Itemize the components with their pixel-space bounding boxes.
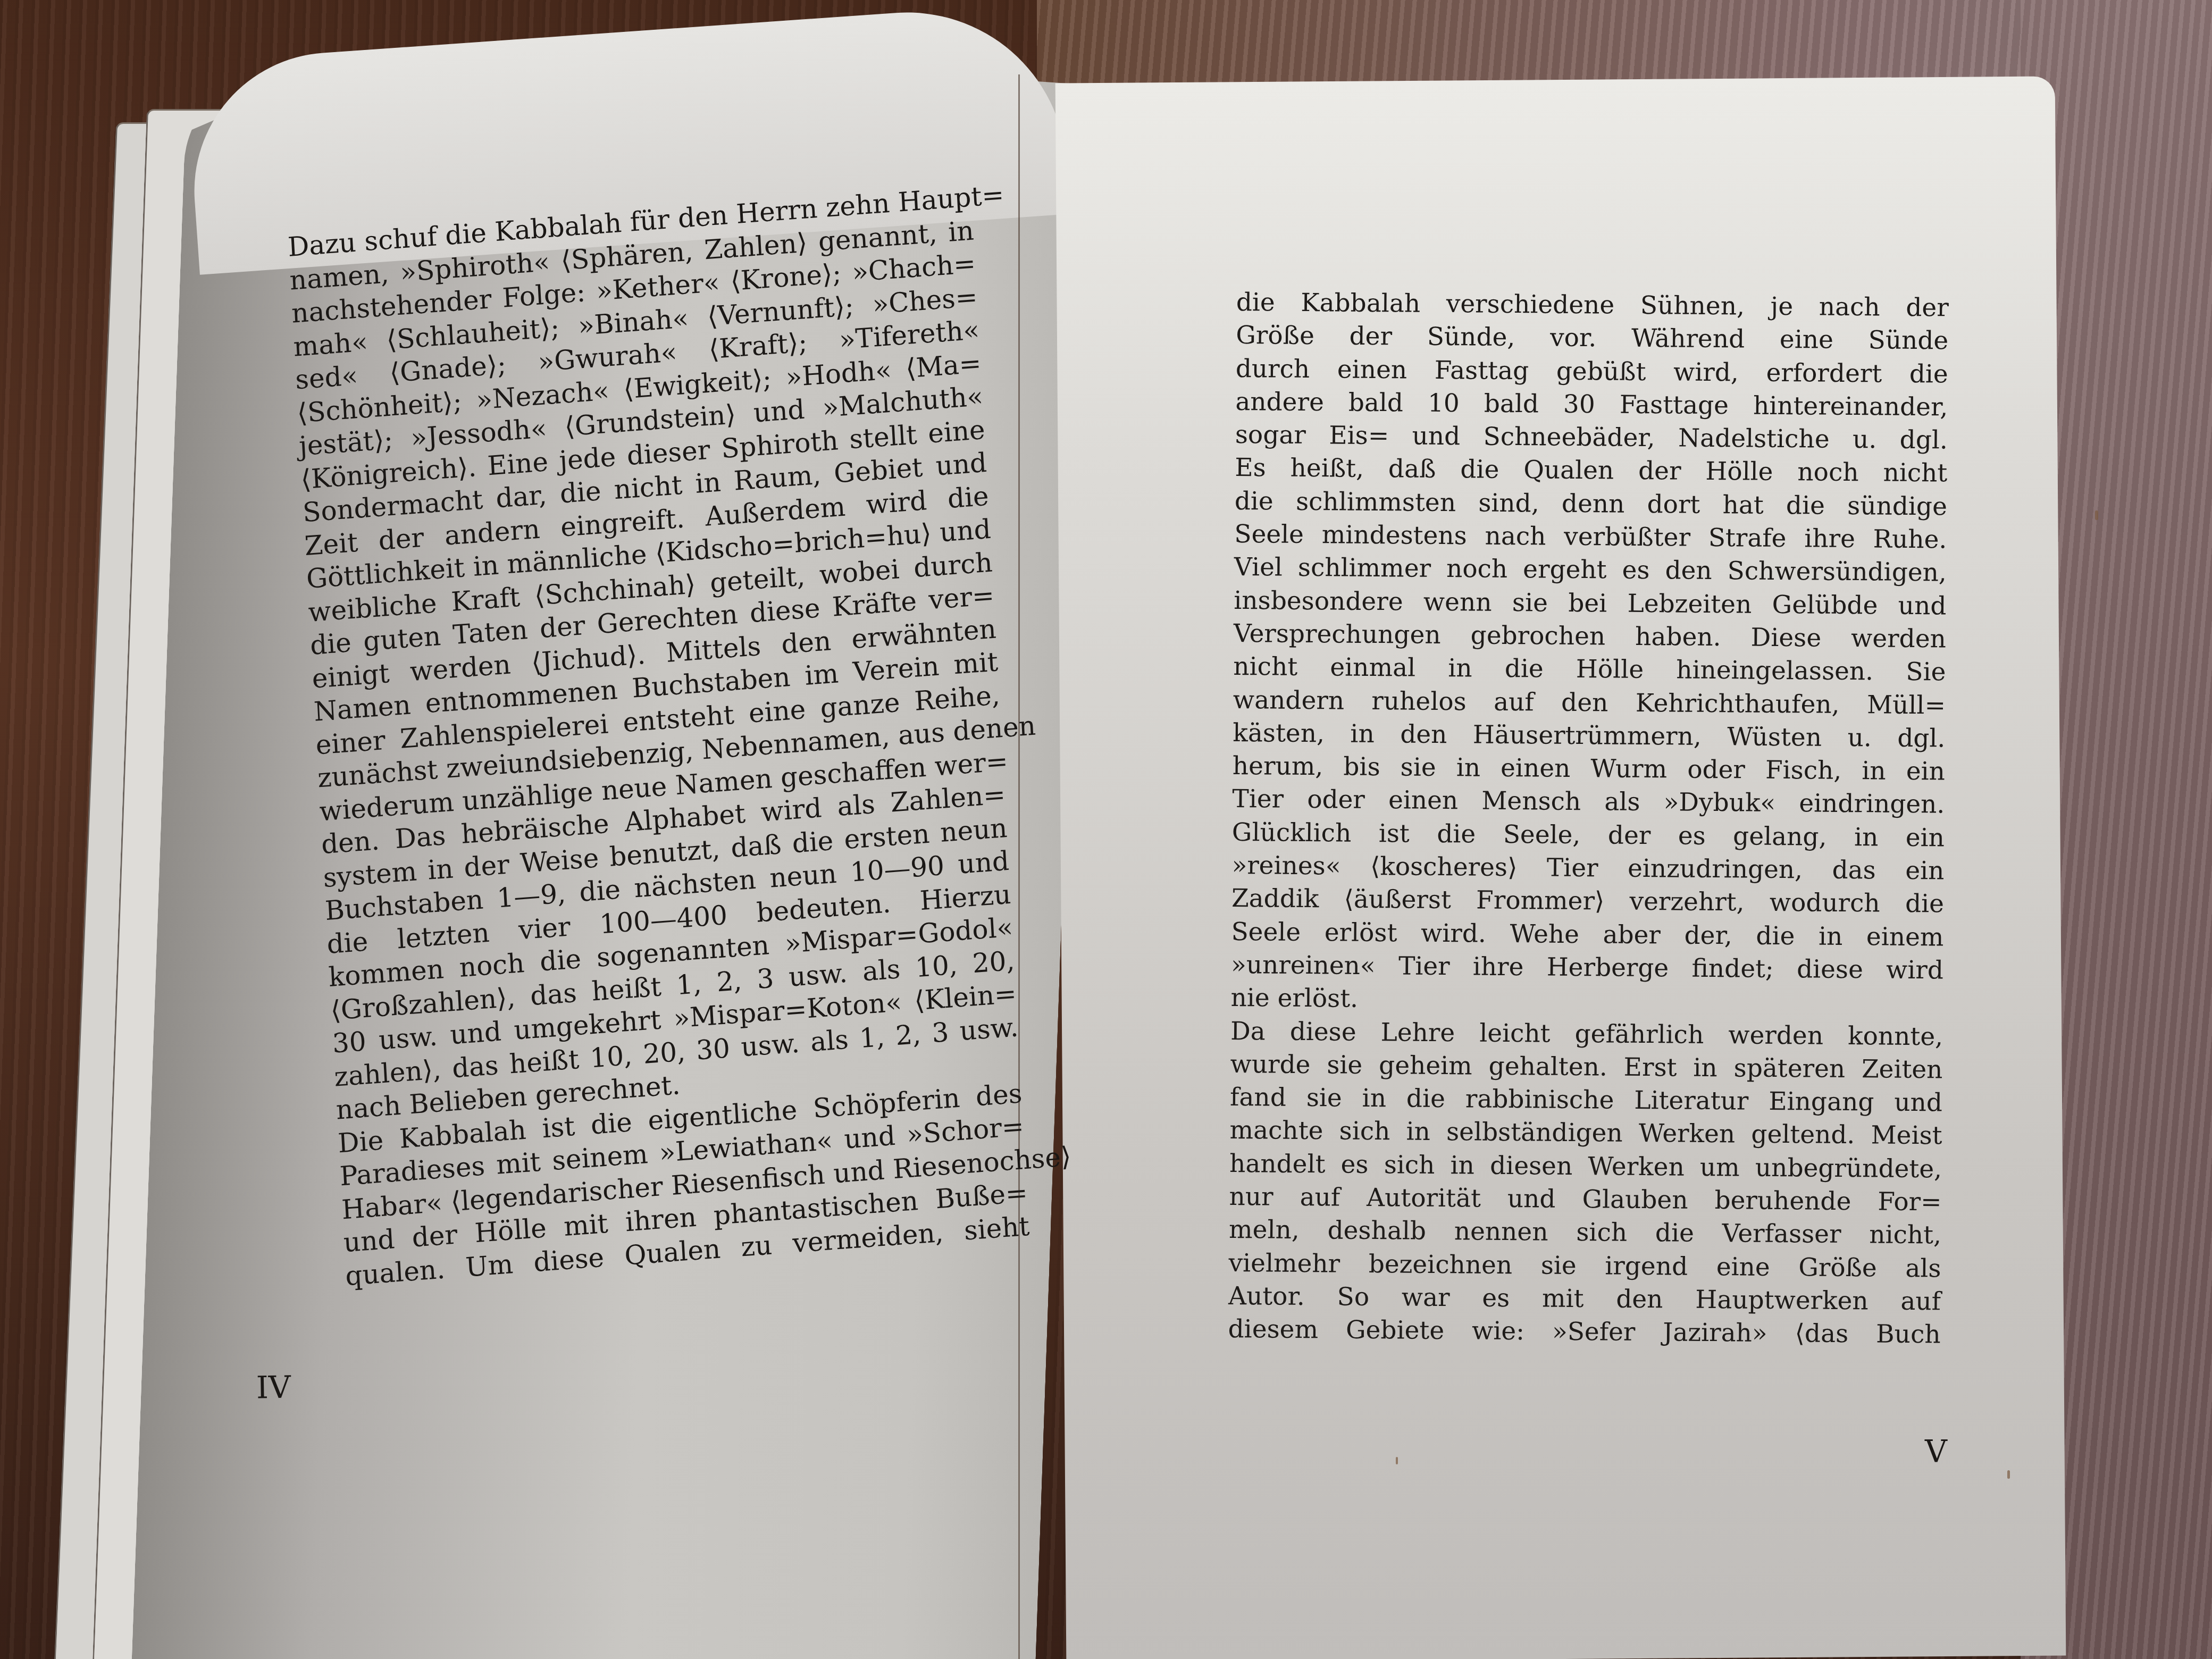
text-line: diesem Gebiete wie: »Sefer Jazirah» ⟨das… — [1228, 1317, 1940, 1355]
right-page-text: die Kabbalah verschiedene Sühnen, je nac… — [1228, 290, 1949, 1355]
book-spine — [1018, 74, 1020, 1659]
left-page-text: Dazu schuf die Kabbalah für den Herrn ze… — [287, 184, 1030, 1296]
page-number-left: IV — [256, 1369, 291, 1405]
page-number-right: V — [1925, 1433, 1947, 1469]
paper-speck — [1396, 1457, 1398, 1464]
paper-speck — [2007, 1470, 2010, 1479]
paper-speck — [2095, 510, 2098, 520]
